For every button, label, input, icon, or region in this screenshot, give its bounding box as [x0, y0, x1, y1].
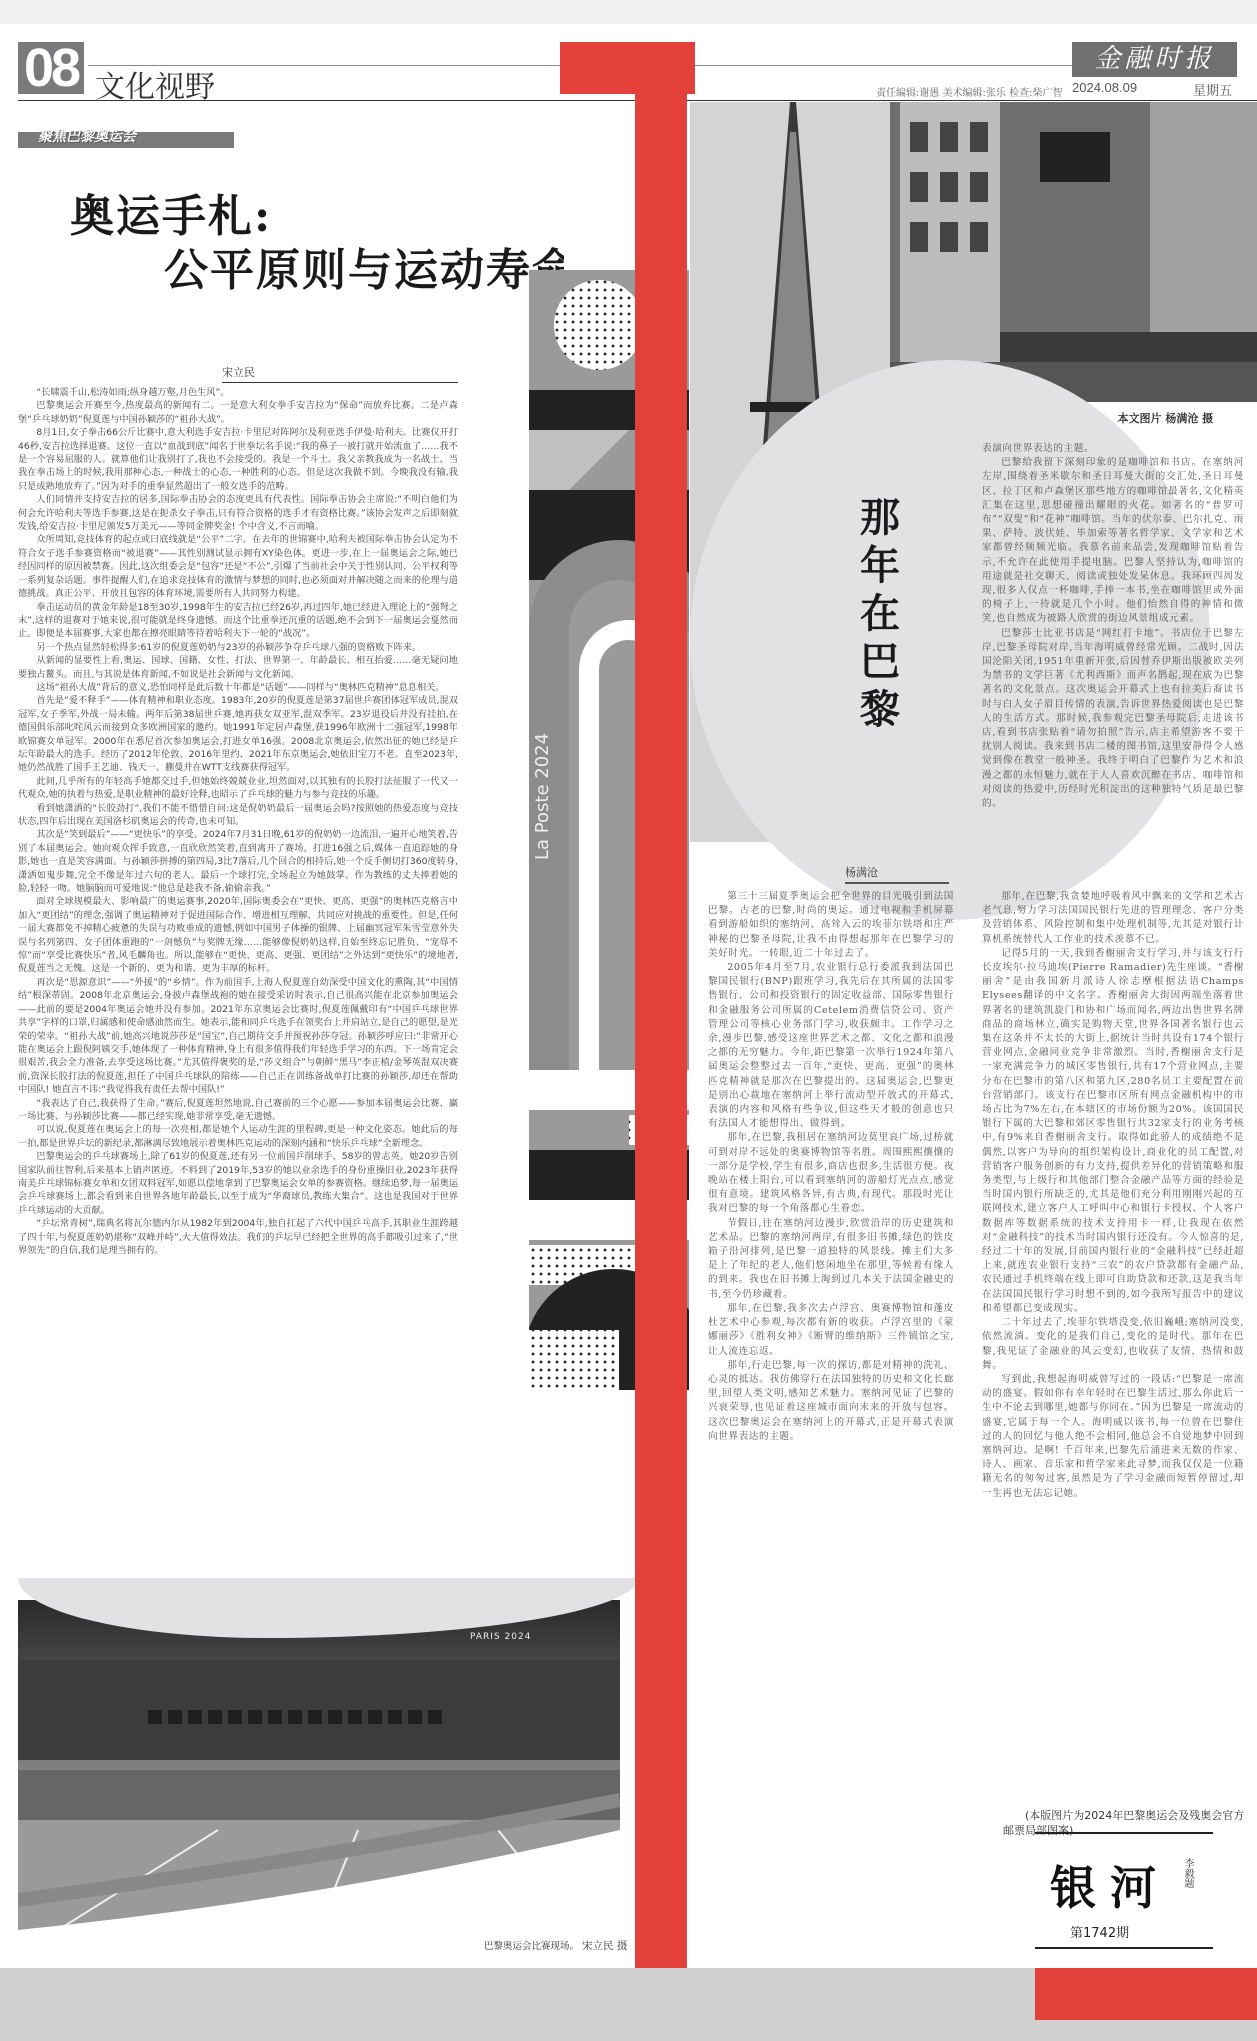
- newspaper-page: 08 文化视野 金融时报 责任编辑:谢愚 美术编辑:张乐 检查:柴广智 2024…: [0, 0, 1257, 1968]
- paragraph: 另一个热点显然轻松得多:61岁的倪夏莲奶奶与23岁的孙颖莎争夺乒乓球八强的资格败…: [18, 641, 458, 654]
- paragraph: 那年,行走巴黎,每一次的探访,都是对精神的洗礼、心灵的抵达。我仿佛穿行在法国独特…: [708, 1359, 954, 1444]
- red-accent-bar-vertical: [635, 42, 687, 1968]
- issue-weekday: 星期五: [1193, 80, 1232, 99]
- column-issue-number: 第1742期: [1070, 1922, 1129, 1941]
- issue-date: 2024.08.09: [1072, 80, 1137, 95]
- paragraph: “我表达了自己,我获得了生命。”赛后,倪夏莲坦然地说,自己赛前的三个心愿——参加…: [18, 1097, 458, 1124]
- paragraph: 二十年过去了,埃菲尔铁塔没变,依旧巍峨;塞纳河没变,依然流淌。变化的是我们自己,…: [982, 1316, 1244, 1373]
- red-accent-bar-bottom: [1035, 1968, 1257, 2020]
- article2-headline: 那年在巴黎: [860, 494, 904, 734]
- paragraph: 巴黎莎士比亚书店是“网红打卡地”。书店位于巴黎左岸,巴黎圣母院对岸,当年海明威曾…: [982, 627, 1244, 812]
- paragraph: 从新闻的显要性上看,奥运、国球、国籍、女性、打法、世界第一、年龄最长、相互抬爱……: [18, 654, 458, 681]
- paragraph: 那年,在巴黎,我多次去卢浮宫、奥赛博物馆和蓬皮杜艺术中心参观,每次都有新的收获。…: [708, 1302, 954, 1359]
- paragraph: 巴黎奥运会开赛至今,热度最高的新闻有二。一是意大利女拳手安吉拉为“保命”而放弃比…: [18, 399, 458, 426]
- masthead-logo: 金融时报: [1072, 42, 1237, 77]
- stadium-photo-caption: 巴黎奥运会比赛现场。 宋立民 摄: [484, 1938, 627, 1953]
- caption-credit: 宋立民 摄: [582, 1940, 627, 1952]
- column-logo-calligraphy: 银河: [1050, 1852, 1170, 1918]
- paragraph: 第三十三届夏季奥运会把全世界的目光吸引到法国巴黎。古老的巴黎,时尚的奥运。通过电…: [708, 890, 954, 961]
- column-logo-signature: 李毅题: [1180, 1858, 1195, 1888]
- paragraph: 面对全球规模最大、影响最广的奥运赛事,2020年,国际奥委会在“更快、更高、更强…: [18, 895, 458, 975]
- page-number: 08: [18, 42, 84, 94]
- article2-body-column3-top: 表演向世界表达的主题。 巴黎给我留下深刻印象的是咖啡馆和书店。在塞纳河左岸,围绕…: [982, 442, 1244, 811]
- la-poste-stamp-text: La Poste 2024: [532, 700, 562, 860]
- article1-headline-line2: 公平原则与运动寿命: [164, 234, 564, 298]
- kicker-label: 聚焦巴黎奥运会: [38, 126, 136, 146]
- bnp-building-illustration: [890, 102, 1257, 402]
- stadium-photo: [18, 1600, 620, 1930]
- article2-body-column2: 第三十三届夏季奥运会把全世界的目光吸引到法国巴黎。古老的巴黎,时尚的奥运。通过电…: [708, 890, 954, 1444]
- paragraph: 巴黎奥运会的乒乓球赛场上,除了61岁的倪夏莲,还有另一位前国乒削球手、58岁的曾…: [18, 1150, 458, 1217]
- paragraph: 首先是“爱不释手”——体育精神和职业态度。1983年,20岁的倪夏莲是第37届世…: [18, 694, 458, 774]
- column-logo-rule-top: [1035, 1832, 1213, 1834]
- caption-credit: 本文图片 杨满沧 摄: [1118, 412, 1214, 425]
- caption-text: 巴黎奥运会比赛现场。: [484, 1941, 579, 1952]
- paragraph: 可以说,倪夏莲在奥运会上的每一次亮相,都是她个人运动生涯的里程碑,更是一种文化姿…: [18, 1123, 458, 1150]
- paris2024-sign: PARIS 2024: [470, 1632, 531, 1642]
- article1-body: “长啸震千山,松涛如雨;纵身越万壑,月色生风”。 巴黎奥运会开赛至今,热度最高的…: [18, 386, 458, 1257]
- kicker-banner: 聚焦巴黎奥运会: [18, 132, 234, 148]
- paragraph: 拳击运动员的黄金年龄是18至30岁,1998年生的安吉拉已经26岁,再过四年,她…: [18, 601, 458, 641]
- editor-credits: 责任编辑:谢愚 美术编辑:张乐 检查:柴广智: [876, 84, 1062, 99]
- paragraph: 人们同情并支持安吉拉的居多,国际拳击协会的态度更具有代表性。国际拳击协会主席说:…: [18, 493, 458, 533]
- paragraph: 巴黎给我留下深刻印象的是咖啡馆和书店。在塞纳河左岸,围绕着圣米歇尔和圣日耳曼大街…: [982, 456, 1244, 626]
- paragraph: 8月1日,女子拳击66公斤比赛中,意大利选手安吉拉·卡里尼对阵阿尔及利亚选手伊曼…: [18, 426, 458, 493]
- paragraph: “乒坛常青树”,瑞典名将瓦尔德内尔从1982年到2004年,独自扛起了六代中国乒…: [18, 1217, 458, 1257]
- paragraph: 众所周知,竞技体育的起点或曰底线就是“公平”二字。在去年的世锦赛中,哈利夫被国际…: [18, 533, 458, 600]
- paragraph: 写到此,我想起海明威曾写过的一段话:“巴黎是一席流动的盛宴。假如你有幸年轻时在巴…: [982, 1373, 1244, 1501]
- paragraph: 2005年4月至7月,农业银行总行委派我到法国巴黎国民银行(BNP)跟班学习,我…: [708, 961, 954, 1131]
- paragraph: 记得5月的一天,我到香榭丽舍支行学习,并与该支行行长皮埃尔·拉马迪埃(Pierr…: [982, 947, 1244, 1316]
- bnp-bank-photo: [890, 102, 1257, 402]
- stadium-illustration: [18, 1600, 620, 1930]
- article2-body-column3-bottom: 那年,在巴黎,我贪婪地呼吸着风中飘来的文学和艺术古老气息,努力学习法国国民银行先…: [982, 890, 1244, 1501]
- paragraph: 那年,在巴黎,我贪婪地呼吸着风中飘来的文学和艺术古老气息,努力学习法国国民银行先…: [982, 890, 1244, 947]
- paragraph: 其次是“笑到最后”——“更快乐”的享受。2024年7月31日晚,61岁的倪奶奶一…: [18, 828, 458, 895]
- top-margin: [0, 0, 1257, 24]
- paragraph: 看到她潇洒的“长胶劲打”,我们不能不惜惜自问:这是倪奶奶最后一届奥运会吗?按照她…: [18, 802, 458, 829]
- paragraph: 那年,在巴黎,我租居在塞纳河边莫里哀广场,过桥就可到对岸不远处的奥赛博物馆等名胜…: [708, 1131, 954, 1216]
- paragraph: 节假日,往在塞纳河边漫步,欣赏沿岸的历史建筑和艺术品。巴黎的塞纳河两岸,有很多旧…: [708, 1217, 954, 1302]
- paragraph: 这场“祖孙大战”背后的意义,恐怕同样是此后数十年都是“话题”——同样与“奥林匹克…: [18, 681, 458, 694]
- paragraph: 表演向世界表达的主题。: [982, 442, 1244, 456]
- article2-byline: 杨满沧: [845, 864, 949, 884]
- paragraph: “长啸震千山,松涛如雨;纵身越万壑,月色生风”。: [18, 386, 458, 399]
- article1-byline: 宋立民: [222, 364, 458, 383]
- paragraph: 再次是“思源意识”——“外援”的“乡情”。作为前国手,上海人倪夏莲自幼深受中国文…: [18, 976, 458, 1097]
- column-logo-rule-bottom: [1035, 1947, 1213, 1949]
- paragraph: 此间,几乎所有的年轻高手她都交过手,但她始终兢兢业业,坦然面对,以其独有的长胶打…: [18, 775, 458, 802]
